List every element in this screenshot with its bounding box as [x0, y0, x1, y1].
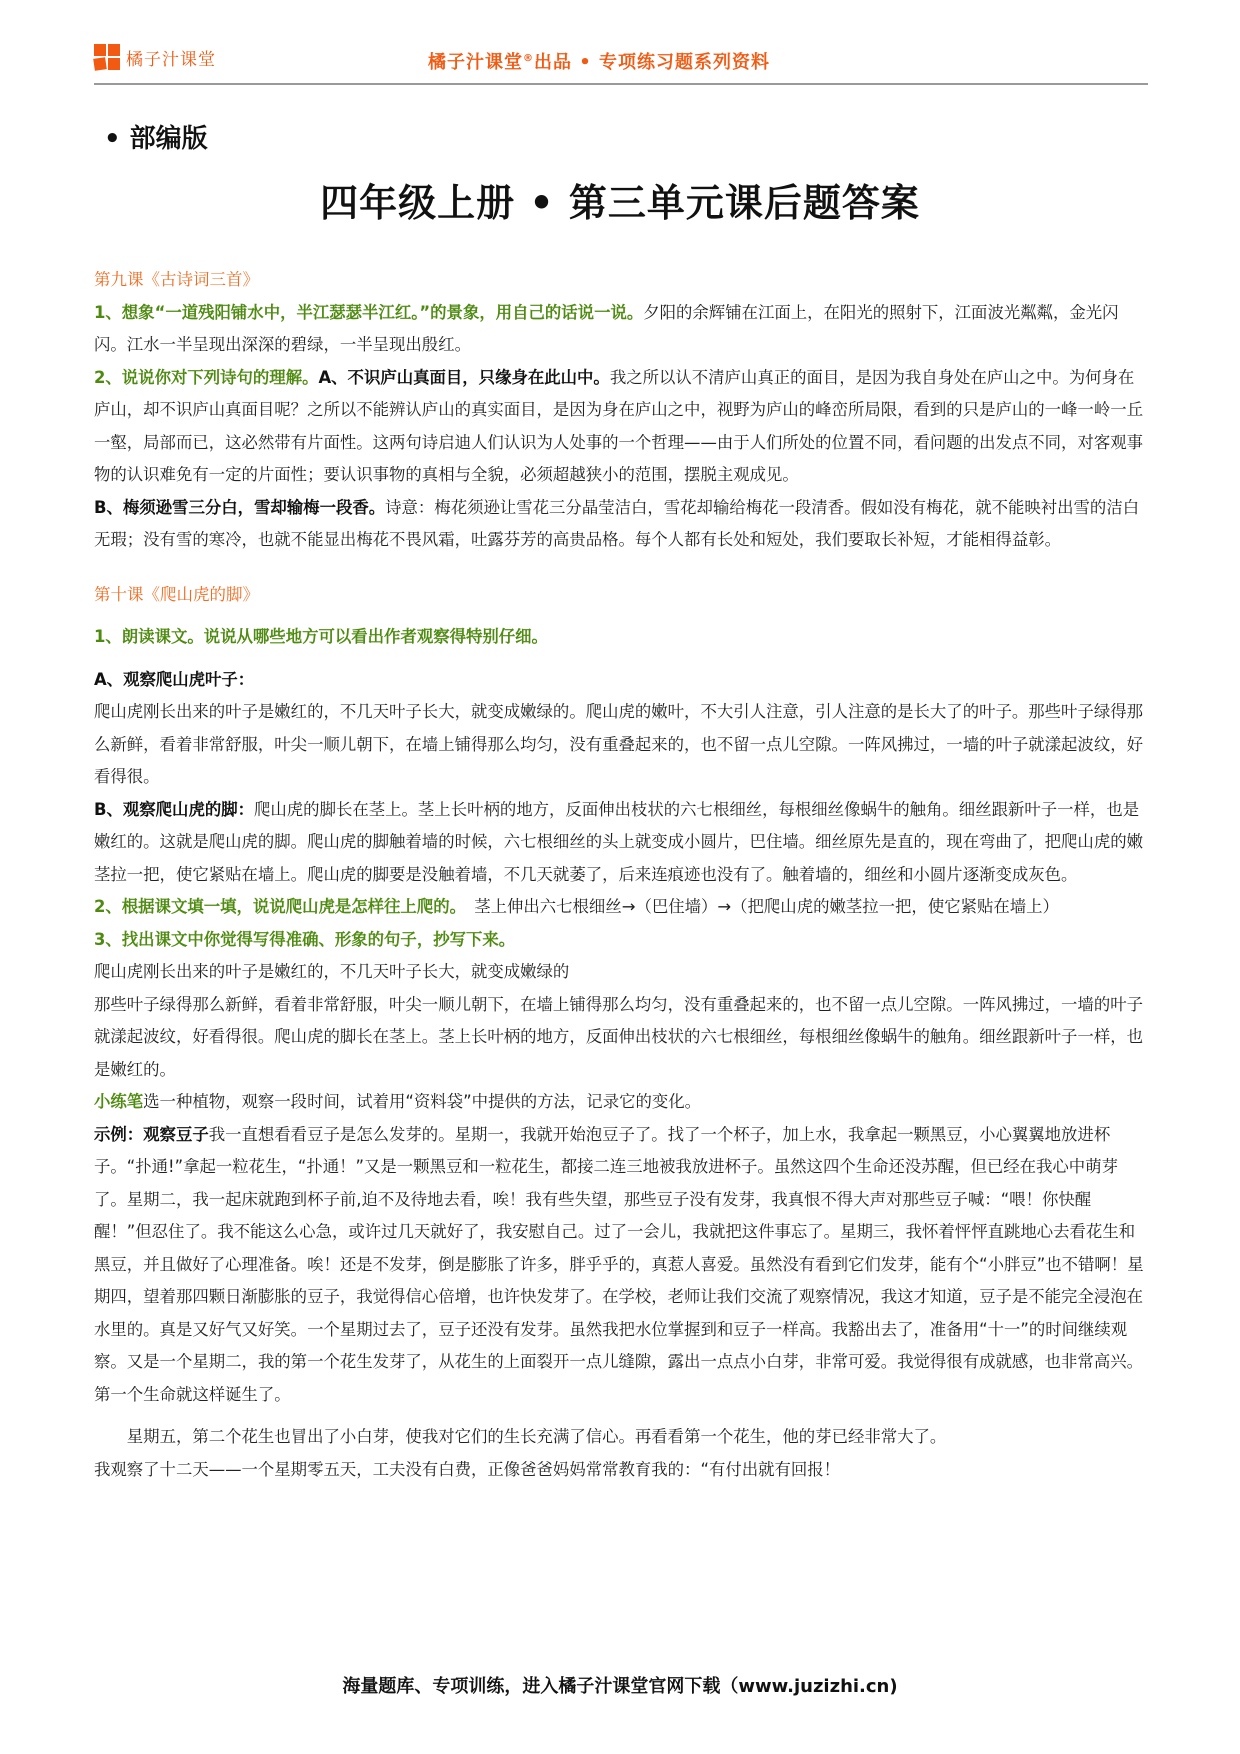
practice-label: 小练笔 [94, 1092, 143, 1111]
document-page: 橘子汁课堂 橘子汁课堂®出品 • 专项练习题系列资料 • 部编版 四年级上册 •… [0, 0, 1240, 1754]
spacer [94, 611, 1146, 621]
spacer [94, 557, 1146, 579]
lesson9-title: 第九课《古诗词三首》 [94, 264, 1146, 297]
example-paragraph: 我观察了十二天——一个星期零五天，工夫没有白费，正像爸爸妈妈常常教育我的：“有付… [94, 1454, 1146, 1487]
answer-text: 爬山虎刚长出来的叶子是嫩红的，不几天叶子长大，就变成嫩绿的 [94, 956, 1146, 989]
example-text: 我一直想看看豆子是怎么发芽的。星期一，我就开始泡豆子了。找了一个杯子，加上水，我… [94, 1125, 1144, 1404]
header-title-rest: 出品 • 专项练习题系列资料 [534, 52, 770, 73]
question-text: 1、想象“一道残阳铺水中，半江瑟瑟半江红。”的景象，用自己的话说一说。 [94, 303, 643, 322]
spacer [94, 654, 1146, 664]
lesson10-q3: 3、找出课文中你觉得写得准确、形象的句子，抄写下来。 [94, 924, 1146, 957]
practice-prompt: 小练笔选一种植物，观察一段时间，试着用“资料袋”中提供的方法，记录它的变化。 [94, 1086, 1146, 1119]
subquestion-label: A、不识庐山真面目，只缘身在此山中。 [318, 368, 609, 387]
subquestion-label: A、观察爬山虎叶子： [94, 664, 1146, 697]
header-title-brand: 橘子汁课堂 [428, 52, 523, 73]
lesson10-q2: 2、根据课文填一填，说说爬山虎是怎样往上爬的。 茎上伸出六七根细丝→（巴住墙）→… [94, 891, 1146, 924]
document-body: 第九课《古诗词三首》 1、想象“一道残阳铺水中，半江瑟瑟半江红。”的景象，用自己… [94, 264, 1146, 1486]
page-header: 橘子汁课堂 橘子汁课堂®出品 • 专项练习题系列资料 [94, 40, 1148, 84]
lesson10-title: 第十课《爬山虎的脚》 [94, 579, 1146, 612]
subquestion-label: B、观察爬山虎的脚： [94, 800, 254, 819]
lesson10-q1b: B、观察爬山虎的脚：爬山虎的脚长在茎上。茎上长叶柄的地方，反面伸出枝状的六七根细… [94, 794, 1146, 892]
lesson9-q1: 1、想象“一道残阳铺水中，半江瑟瑟半江红。”的景象，用自己的话说一说。夕阳的余辉… [94, 297, 1146, 362]
example-paragraph: 星期五，第二个花生也冒出了小白芽，使我对它们的生长充满了信心。再看看第一个花生，… [94, 1421, 1146, 1454]
lesson9-q2b: B、梅须逊雪三分白，雪却输梅一段香。诗意：梅花须逊让雪花三分晶莹洁白，雪花却输给… [94, 492, 1146, 557]
registered-mark: ® [523, 53, 534, 64]
spacer [94, 1411, 1146, 1421]
edition-label: • 部编版 [104, 118, 208, 155]
answer-text: 那些叶子绿得那么新鲜，看着非常舒服，叶尖一顺儿朝下，在墙上铺得那么均匀，没有重叠… [94, 989, 1146, 1087]
practice-prompt-text: 选一种植物，观察一段时间，试着用“资料袋”中提供的方法，记录它的变化。 [143, 1092, 701, 1111]
header-title: 橘子汁课堂®出品 • 专项练习题系列资料 [428, 48, 770, 74]
question-text: 2、根据课文填一填，说说爬山虎是怎样往上爬的。 [94, 897, 458, 916]
brand-logo: 橘子汁课堂 [94, 44, 216, 70]
page-footer: 海量题库、专项训练，进入橘子汁课堂官网下载（www.juzizhi.cn) [0, 1672, 1240, 1698]
practice-example: 示例：观察豆子我一直想看看豆子是怎么发芽的。星期一，我就开始泡豆子了。找了一个杯… [94, 1119, 1146, 1412]
logo-text: 橘子汁课堂 [126, 45, 216, 70]
lesson10-q1: 1、朗读课文。说说从哪些地方可以看出作者观察得特别仔细。 [94, 621, 1146, 654]
subquestion-label: B、梅须逊雪三分白，雪却输梅一段香。 [94, 498, 385, 517]
answer-text: 爬山虎刚长出来的叶子是嫩红的，不几天叶子长大，就变成嫩绿的。爬山虎的嫩叶，不大引… [94, 696, 1146, 794]
example-label: 示例：观察豆子 [94, 1125, 209, 1144]
lesson9-q2a: 2、说说你对下列诗句的理解。A、不识庐山真面目，只缘身在此山中。我之所以认不清庐… [94, 362, 1146, 492]
page-title: 四年级上册 • 第三单元课后题答案 [0, 172, 1240, 227]
logo-squares-icon [94, 44, 120, 70]
answer-text: 茎上伸出六七根细丝→（巴住墙）→（把爬山虎的嫩茎拉一把，使它紧贴在墙上） [458, 897, 1059, 916]
header-divider [94, 83, 1148, 85]
question-text: 2、说说你对下列诗句的理解。 [94, 368, 318, 387]
